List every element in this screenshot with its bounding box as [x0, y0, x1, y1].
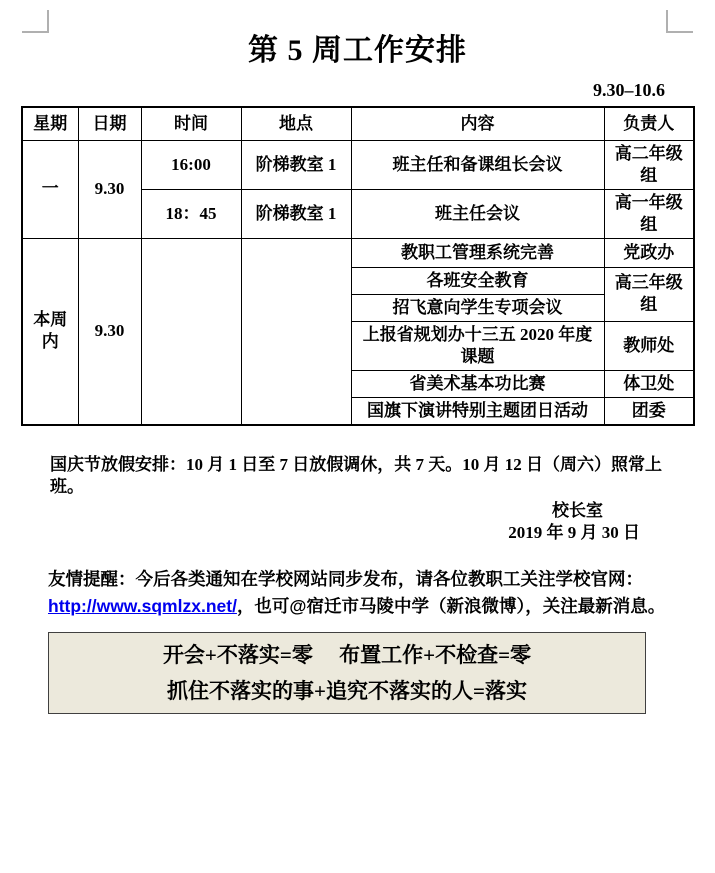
header-owner: 负责人: [604, 107, 694, 140]
content-cell: 上报省规划办十三五 2020 年度课题: [351, 321, 604, 370]
monday-day-cell: 一: [22, 140, 78, 238]
header-date: 日期: [78, 107, 141, 140]
table-row: 一 9.30 16:00 阶梯教室 1 班主任和备课组长会议 高二年级组: [22, 140, 694, 189]
holiday-notice: 国庆节放假安排：10 月 1 日至 7 日放假调休，共 7 天。10 月 12 …: [50, 454, 665, 498]
signature: 校长室: [0, 500, 603, 522]
week-date-cell: 9.30: [78, 238, 141, 425]
week-date-range: 9.30–10.6: [0, 80, 665, 100]
signature-date: 2019 年 9 月 30 日: [0, 522, 640, 544]
header-day: 星期: [22, 107, 78, 140]
owner-cell: 高二年级组: [604, 140, 694, 189]
page-margin-mark-top-left: [22, 10, 49, 33]
content-cell: 班主任和备课组长会议: [351, 140, 604, 189]
content-cell: 各班安全教育: [351, 267, 604, 294]
content-cell: 教职工管理系统完善: [351, 238, 604, 267]
owner-cell: 体卫处: [604, 370, 694, 397]
friendly-reminder: 友情提醒：今后各类通知在学校网站同步发布，请各位教职工关注学校官网： http:…: [48, 566, 671, 620]
table-row: 本周内 9.30 教职工管理系统完善 党政办: [22, 238, 694, 267]
slogan-box: 开会+不落实=零 布置工作+不检查=零 抓住不落实的事+追究不落实的人=落实: [48, 632, 646, 714]
slogan-line-2: 抓住不落实的事+追究不落实的人=落实: [167, 673, 527, 709]
reminder-text-line1: 友情提醒：今后各类通知在学校网站同步发布，请各位教职工关注学校官网：: [48, 569, 643, 589]
slogan-line-1: 开会+不落实=零 布置工作+不检查=零: [163, 637, 531, 673]
page-margin-mark-top-right: [666, 10, 693, 33]
page-title: 第 5 周工作安排: [0, 34, 715, 68]
header-place: 地点: [241, 107, 351, 140]
owner-cell: 党政办: [604, 238, 694, 267]
content-cell: 国旗下演讲特别主题团日活动: [351, 397, 604, 425]
owner-cell: 教师处: [604, 321, 694, 370]
content-cell: 班主任会议: [351, 189, 604, 238]
reminder-text-line2: ，也可@宿迁市马陵中学（新浪微博），关注最新消息。: [237, 596, 665, 616]
owner-cell: 团委: [604, 397, 694, 425]
school-website-link[interactable]: http://www.sqmlzx.net/: [48, 596, 237, 616]
owner-cell: 高三年级组: [604, 267, 694, 321]
place-cell: 阶梯教室 1: [241, 189, 351, 238]
table-header-row: 星期 日期 时间 地点 内容 负责人: [22, 107, 694, 140]
monday-date-cell: 9.30: [78, 140, 141, 238]
place-cell: 阶梯教室 1: [241, 140, 351, 189]
header-time: 时间: [141, 107, 241, 140]
time-cell: 16:00: [141, 140, 241, 189]
owner-cell: 高一年级组: [604, 189, 694, 238]
content-cell: 省美术基本功比赛: [351, 370, 604, 397]
schedule-table: 星期 日期 时间 地点 内容 负责人 一 9.30 16:00 阶梯教室 1 班…: [21, 106, 695, 426]
time-cell: 18：45: [141, 189, 241, 238]
week-day-cell: 本周内: [22, 238, 78, 425]
week-place-cell: [241, 238, 351, 425]
week-time-cell: [141, 238, 241, 425]
header-content: 内容: [351, 107, 604, 140]
content-cell: 招飞意向学生专项会议: [351, 294, 604, 321]
